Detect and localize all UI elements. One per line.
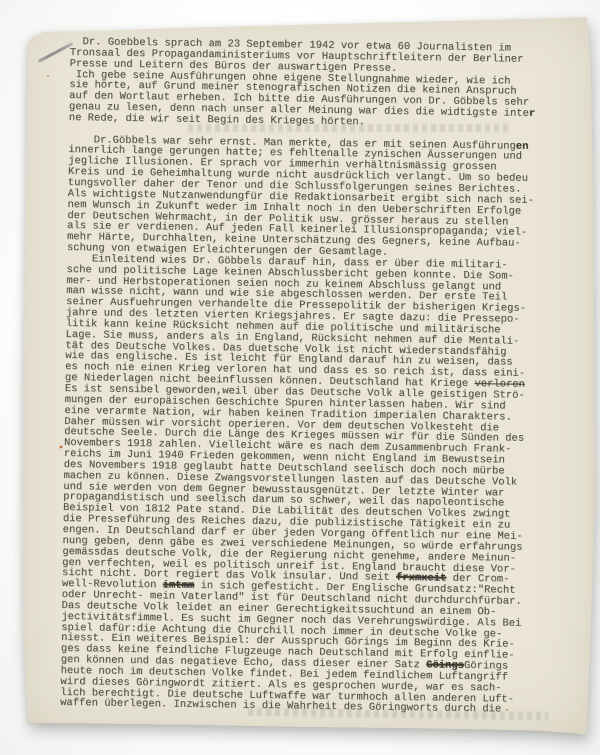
pencil-mark	[38, 42, 74, 63]
document-text: Dr. Goebbels sprach am 23 September 1942…	[60, 37, 578, 717]
photo-background: Dr. Goebbels sprach am 23 September 1942…	[0, 0, 600, 755]
text-segment: r	[529, 108, 535, 120]
document-page: Dr. Goebbels sprach am 23 September 1942…	[18, 10, 596, 743]
